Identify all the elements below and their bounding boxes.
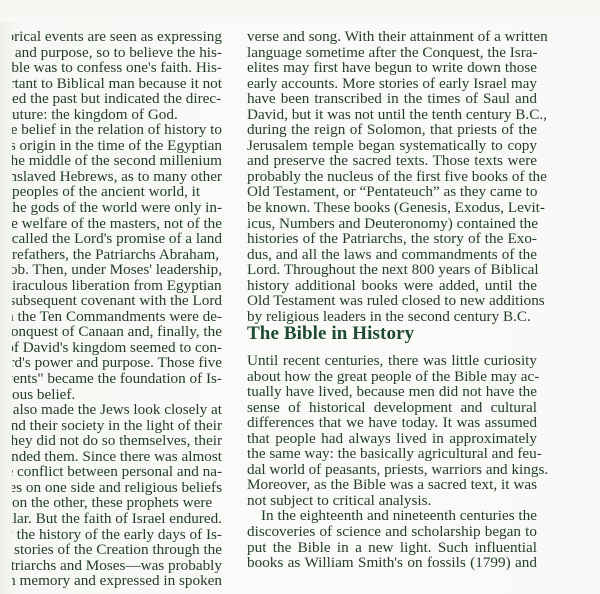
text-line: discoveries of science and scholarship b… xyxy=(247,524,537,540)
text-line: In the eighteenth and nineteenth centuri… xyxy=(247,508,537,524)
text-line: iraculous liberation from Egyptian xyxy=(12,278,222,294)
text-line: on the other, these prophets were xyxy=(12,495,222,511)
text-line: Until recent centuries, there was little… xyxy=(247,353,537,369)
text-line: put the Bible in a new light. Such influ… xyxy=(247,540,537,556)
text-line: cob. Then, under Moses' leadership, xyxy=(12,262,222,278)
text-line: in memory and expressed in spoken xyxy=(12,573,222,589)
text-line: nd their society in the light of their xyxy=(12,418,222,434)
text-line: he welfare of the masters, not of the xyxy=(12,216,222,232)
text-line: e conflict between personal and na- xyxy=(12,464,222,480)
text-line: refathers, the Patriarchs Abraham, xyxy=(12,247,222,263)
text-line: the middle of the second millenium xyxy=(12,153,222,169)
text-line: ous belief. xyxy=(12,387,222,403)
text-line: histories of the Patriarchs, the story o… xyxy=(247,231,537,247)
text-line: recalled the Lord's promise of a land xyxy=(12,231,222,247)
right-text-column-bottom: Until recent centuries, there was little… xyxy=(247,353,537,571)
text-line: ed the past but indicated the direc- xyxy=(12,91,222,107)
text-line: differences that we have today. It was a… xyxy=(247,415,537,431)
text-line: sense of historical development and cult… xyxy=(247,400,537,416)
text-line: Lord. Throughout the next 800 years of B… xyxy=(247,262,537,278)
text-line: the same way: the basically agricultural… xyxy=(247,446,537,462)
text-line: peoples of the ancient world, it xyxy=(12,184,222,200)
text-line: dal world of peasants, priests, warriors… xyxy=(247,462,537,478)
text-line: icus, Numbers and Deuteronomy) contained… xyxy=(247,216,537,232)
text-line: rd's power and purpose. Those five xyxy=(12,355,222,371)
text-line: be known. These books (Genesis, Exodus, … xyxy=(247,200,537,216)
text-line: about how the great people of the Bible … xyxy=(247,369,537,385)
text-line: the gods of the world were only in- xyxy=(12,200,222,216)
book-page: storical events are seen as expressing l… xyxy=(0,0,600,594)
text-line: en the Ten Commandments were de- xyxy=(12,309,222,325)
text-line: its origin in the time of the Egyptian xyxy=(12,138,222,154)
text-line: probably the nucleus of the first five b… xyxy=(247,169,537,185)
text-line: Old Testament was ruled closed to new ad… xyxy=(247,293,537,309)
text-line: David, but it was not until the tenth ce… xyxy=(247,107,537,123)
text-line: not subject to critical analysis. xyxy=(247,493,537,509)
text-line: e subsequent covenant with the Lord xyxy=(12,293,222,309)
text-line: early accounts. More stories of early Is… xyxy=(247,76,537,92)
text-line: during the reign of Solomon, that priest… xyxy=(247,122,537,138)
text-line: portant to Biblical man because it not xyxy=(12,76,222,92)
text-line: hey did not do so themselves, their xyxy=(12,433,222,449)
text-line: th also made the Jews look closely at xyxy=(12,402,222,418)
text-line: language sometime after the Conquest, th… xyxy=(247,45,537,61)
section-heading: The Bible in History xyxy=(247,323,414,345)
text-line: Moreover, as the Bible was a sacred text… xyxy=(247,477,537,493)
text-line: have been transcribed in the times of Sa… xyxy=(247,91,537,107)
text-line: minded them. Since there was almost xyxy=(12,449,222,465)
text-line: that people had always lived in approxim… xyxy=(247,431,537,447)
text-line: ible was to confess one's faith. His- xyxy=(12,60,222,76)
text-line: verse and song. With their attainment of… xyxy=(247,29,537,45)
text-line: events" became the foundation of Is- xyxy=(12,371,222,387)
text-line: Conquest of Canaan and, finally, the xyxy=(12,324,222,340)
text-line: history additional books were added, unt… xyxy=(247,278,537,294)
text-line: and preserve the sacred texts. Those tex… xyxy=(247,153,537,169)
text-line: dus, and all the laws and commandments o… xyxy=(247,247,537,263)
text-line: t of David's kingdom seemed to con- xyxy=(12,340,222,356)
text-line: tually have lived, because men did not h… xyxy=(247,384,537,400)
text-line: Old Testament, or “Pentateuch” as they c… xyxy=(247,184,537,200)
text-line: books as William Smith's on fossils (179… xyxy=(247,555,537,571)
text-line: ly the history of the early days of Is- xyxy=(12,527,222,543)
top-margin xyxy=(0,0,600,22)
text-line: storical events are seen as expressing xyxy=(12,29,222,45)
text-line: Jerusalem temple began systematically to… xyxy=(247,138,537,154)
text-line: Patriarchs and Moses—was probably xyxy=(12,558,222,574)
text-line: the stories of the Creation through the xyxy=(12,542,222,558)
text-line: ll and purpose, so to believe the his- xyxy=(12,45,222,61)
text-line: ue belief in the relation of history to xyxy=(12,122,222,138)
text-line: uture: the kingdom of God. xyxy=(12,107,222,123)
left-text-column: storical events are seen as expressing l… xyxy=(12,29,222,589)
text-line: pular. But the faith of Israel endured. xyxy=(12,511,222,527)
text-line: nslaved Hebrews, as to many other xyxy=(12,169,222,185)
text-line: res on one side and religious beliefs xyxy=(12,480,222,496)
text-line: elites may first have begun to write dow… xyxy=(247,60,537,76)
right-text-column-top: verse and song. With their attainment of… xyxy=(247,29,537,324)
